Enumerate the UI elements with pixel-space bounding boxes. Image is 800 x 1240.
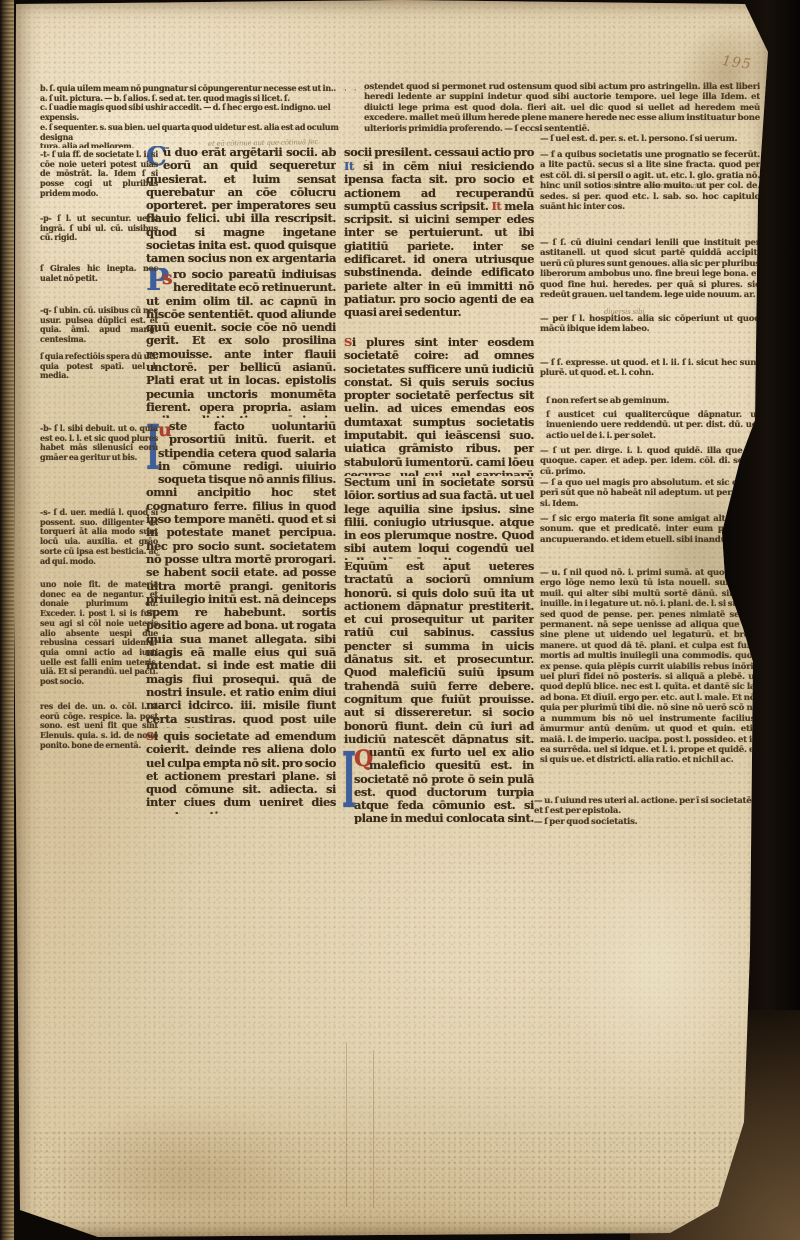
column1-paragraph-2: Psro socio pareatū indiuisas hereditate …	[146, 268, 336, 418]
column2-paragraph-1: socii presilent. cessaui actio pro socio…	[344, 146, 534, 161]
folio-number: 195	[721, 53, 753, 73]
ruling-line-1	[346, 1042, 347, 1207]
column2-paragraph-2: It si in cēm niui resiciendo ipensa fact…	[344, 160, 534, 334]
column1-paragraph-1: Cū duo erāt argētarii socii. ab eorū an …	[146, 146, 336, 266]
column1-paragraph-3: Iuste facto uoluntariū prosortiū initū. …	[146, 420, 336, 728]
column2-paragraph-3: Si plures sint inter eosdem societatē co…	[344, 336, 534, 476]
column2-paragraph-6: IQuantū ex furto uel ex alio maleficio q…	[342, 746, 534, 824]
paragraph-text: ū duo erāt argētarii socii. ab eorū an q…	[146, 146, 336, 266]
paragraph-text: mela scripsit. si uicini semper edes int…	[344, 199, 534, 319]
red-letter-Q: Q	[354, 748, 369, 770]
right-gloss-11: — u. ſ uiund res uteri al. actione. per …	[534, 796, 758, 832]
left-gloss-6: -b- ſ l. sibi debuit. ut o. quia est eo.…	[40, 424, 158, 506]
right-gloss-6: ſ austicet cui qualitercūque dāpnatur. u…	[546, 410, 760, 444]
right-gloss-5: ſ non refert se ab geminum.	[546, 396, 760, 408]
right-gloss-1: — ſ a quibus societatis une prognatio se…	[540, 150, 760, 234]
right-gloss-0: — ſ uel est. d. per. s. et. l. persono. …	[540, 134, 760, 148]
paragraph-text: uantū ex furto uel ex alio maleficio que…	[342, 746, 534, 824]
column2-paragraph-4: Sectum uni in societate sorsū lōior. sor…	[344, 476, 534, 560]
paragraph-text: i quis societate ad emendum coierit. dei…	[146, 730, 336, 814]
red-paraph-It: It	[491, 199, 501, 213]
speckle-belt-bottom	[32, 1130, 752, 1236]
red-letter-s: s	[162, 269, 173, 287]
paragraph-text: i plures sint inter eosdem societatē coi…	[344, 336, 534, 476]
right-gloss-2: — ſ ſ. cū diuini cendari lenili que inst…	[540, 238, 760, 312]
left-gloss-7: -s- ſ d. uer. mediā l. quod sī possent. …	[40, 508, 158, 578]
left-gloss-9: res dei de. un. o. cōl. l. si eorū cōge.…	[40, 702, 158, 834]
right-gloss-8: — ſ a quo uel magis pro absolutum. et si…	[540, 478, 746, 512]
stain-bottom-left	[42, 1110, 322, 1240]
left-gloss-4: -q- ſ ubin. cū. uisibus cū nec usur. pul…	[40, 306, 158, 350]
column1-paragraph-4: Si quis societate ad emendum coierit. de…	[146, 730, 336, 814]
book-spine-edge	[0, 0, 14, 1240]
paragraph-text: ro socio pareatū indiuisas hereditate ec…	[146, 268, 336, 418]
left-gloss-2: -p- ſ l. ut secuntur. uersi ingrā. ſ ubi…	[40, 214, 158, 262]
manuscript-page: 195 · · · · · b. ſ. quia uilem meam nō p…	[12, 0, 776, 1240]
column2-paragraph-5: Equūm est aput ueteres tractatū a socior…	[344, 560, 534, 744]
right-gloss-9: — ſ sic ergo materia fit sone amigat alt…	[540, 514, 746, 550]
left-gloss-5: ſ quia refectiōis spera dū uti. quia pot…	[40, 352, 158, 422]
left-gloss-3: ſ Girales hic inepta. nec ualet nō petit…	[40, 264, 158, 304]
drop-cap-I-tall: I	[342, 746, 354, 824]
right-gloss-7: — ſ ut per. dirge. i. l. quod quidē. ill…	[540, 446, 752, 476]
blue-paraph-It: It	[344, 160, 354, 173]
red-littera-S: S	[344, 336, 352, 349]
right-gloss-10: — u. ſ nil quod nō. i. primi sumā. at qu…	[540, 568, 758, 794]
left-gloss-1: -t- ſ uia ff. de societate l. i. si cōe …	[40, 150, 158, 212]
right-gloss-4: — ſ ſ. expresse. ut quod. et l. ii. ſ i.…	[540, 358, 760, 392]
right-gloss-3: — per ſ l. hospitios. alia sic cōperiunt…	[540, 314, 760, 338]
pale-patch-bottom-right	[552, 830, 762, 1110]
ruling-line-2	[373, 1050, 374, 1208]
left-gloss-8: uno noie fit. de materia donec ea de neg…	[40, 580, 158, 700]
paragraph-text: ste facto uoluntariū prosortiū initū. fu…	[146, 420, 336, 728]
